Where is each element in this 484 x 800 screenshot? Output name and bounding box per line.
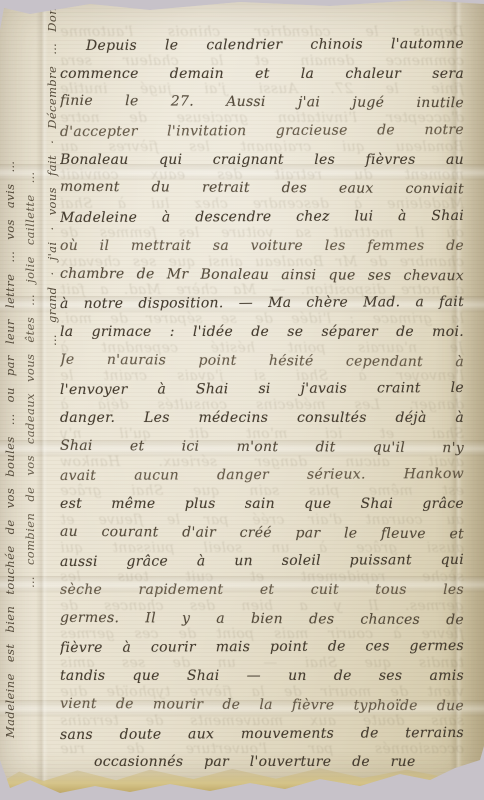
letter-line-17: est même plus sain que Shai grâce [60,490,464,519]
letter-line-1: Depuis le calendrier chinois l'automne [60,30,464,61]
letter-line-6: moment du retrait des eaux conviait [60,173,464,204]
letter-line-13: l'envoyer à Shai si j'avais craint le [60,374,464,405]
letter-line-19: aussi grâce à un soleil puissant qui [60,546,464,577]
letter-line-7: Madeleine à descendre chez lui à Shai [60,202,464,233]
letter-line-15: Shai et ici m'ont dit qu'il n'y [60,431,464,462]
letter-line-25: sans doute aux mouvements de terrains [60,718,464,749]
letter-page: Depuis le calendrier chinois l'automneco… [0,0,484,800]
margin-note-middle: … combien de vos cadeaux vous êtes … jol… [23,171,37,588]
letter-line-10: à notre disposition. — Ma chère Mad. a f… [60,288,464,319]
letter-line-20: sèche rapidement et cuit tous les [60,576,464,605]
letter-line-24: vient de mourir de la fièvre typhoïde du… [60,690,464,721]
margin-note-outer: Madeleine est bien touchée de vos boules… [3,161,17,738]
letter-line-16: avait aucun danger sérieux. Hankow [60,460,464,491]
letter-line-2: commence demain et la chaleur sera [60,60,464,89]
letter-line-14: danger. Les médecins consultés déjà à [60,404,464,433]
letter-line-21: germes. Il y a bien des chances de [60,604,464,635]
letter-line-3: finie le 27. Aussi j'ai jugé inutile [60,87,464,118]
letter-body: Depuis le calendrier chinois l'automneco… [60,31,464,777]
letter-line-23: tandis que Shai — un de ses amis [60,662,464,691]
letter-line-22: fièvre à courir mais point de ces germes [60,632,464,663]
letter-line-4: d'accepter l'invitation gracieuse de not… [60,116,464,147]
letter-line-11: la grimace : l'idée de se séparer de moi… [60,318,464,347]
margin-note-inner: … grand · j'ai · vous fait · Décembre … … [45,0,59,346]
letter-line-26: occasionnés par l'ouverture de rue [60,748,464,777]
letter-line-18: au courant d'air créé par le fleuve et [60,517,464,548]
letter-line-5: Bonaleau qui craignant les fièvres au [60,146,464,175]
letter-line-9: chambre de Mr Bonaleau ainsi que ses che… [60,259,464,290]
letter-line-12: Je n'aurais point hésité cependant à [60,345,464,376]
letter-line-8: où il mettrait sa voiture les femmes de [60,232,464,261]
